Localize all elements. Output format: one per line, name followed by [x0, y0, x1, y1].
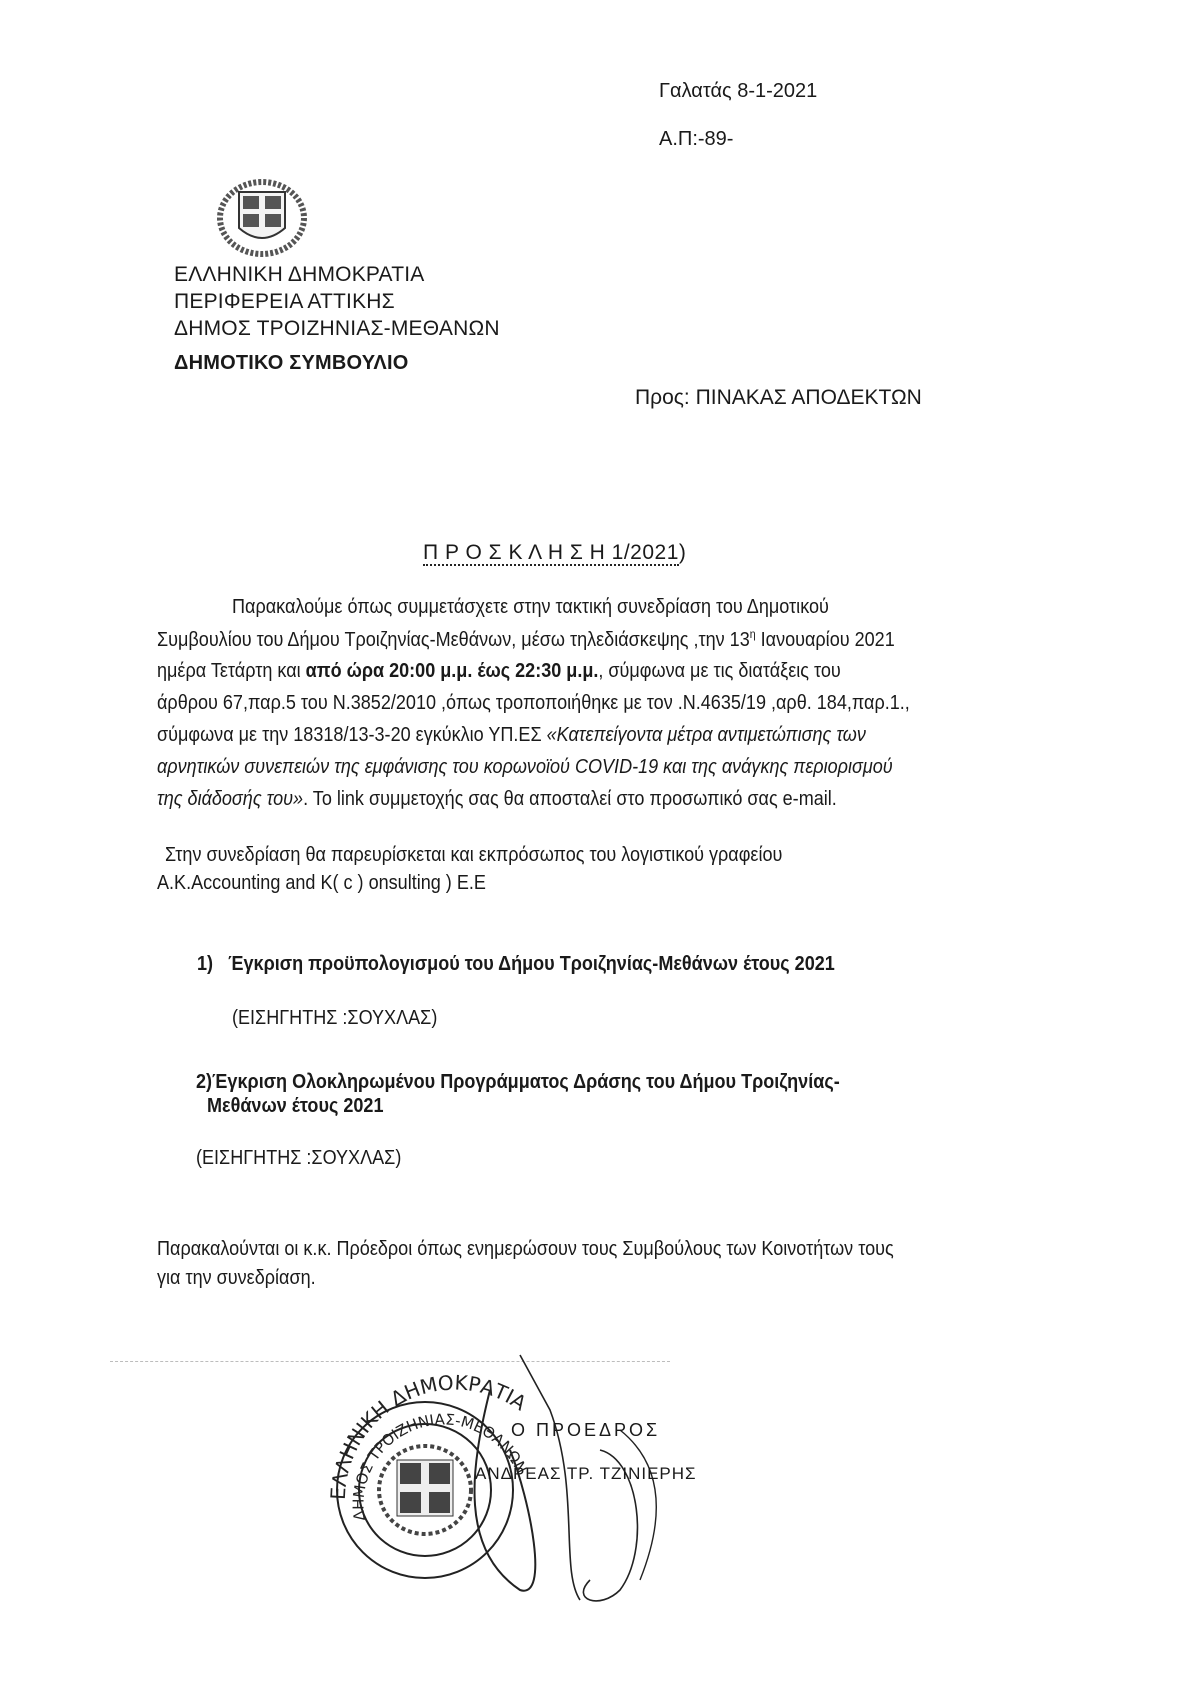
text-span: ημέρα Τετάρτη και [157, 659, 306, 682]
text-span: . Το link συμμετοχής σας θα αποσταλεί στ… [303, 787, 837, 810]
agenda-item-2-continued: Μεθάνων έτους 2021 [207, 1094, 383, 1118]
paragraph1-line: της διάδοσής του». Το link συμμετοχής σα… [157, 787, 837, 811]
signatory-name: ΑΝΔΡΕΑΣ ΤΡ. ΤΖΙΝΙΕΡΗΣ [475, 1464, 697, 1484]
paragraph1-line: Συμβουλίου του Δήμου Τροιζηνίας-Μεθάνων,… [157, 627, 895, 652]
agenda-text: Έγκριση Ολοκληρωμένου Προγράμματος Δράση… [212, 1070, 840, 1093]
document-title: Π Ρ Ο Σ Κ Λ Η Σ Η 1/2021) [423, 541, 686, 565]
agenda-item-1: 1) Έγκριση προϋπολογισμού του Δήμου Τροι… [197, 952, 835, 976]
issuer-council: ΔΗΜΟΤΙΚΟ ΣΥΜΒΟΥΛΙΟ [174, 352, 408, 375]
paragraph1-line: σύμφωνα με την 18318/13-3-20 εγκύκλιο ΥΠ… [157, 723, 866, 747]
place-date: Γαλατάς 8-1-2021 [659, 80, 817, 103]
text-span: Συμβουλίου του Δήμου Τροιζηνίας-Μεθάνων,… [157, 628, 750, 651]
paragraph1-line: αρνητικών συνεπειών της εμφάνισης του κο… [157, 755, 893, 779]
paragraph1-line: ημέρα Τετάρτη και από ώρα 20:00 μ.μ. έως… [157, 659, 841, 683]
protocol-number: Α.Π:-89- [659, 128, 733, 151]
issuer-country: ΕΛΛΗΝΙΚΗ ΔΗΜΟΚΡΑΤΙΑ [174, 263, 424, 287]
agenda-item-1-rapporteur: (ΕΙΣΗΓΗΤΗΣ :ΣΟΥΧΛΑΣ) [232, 1006, 437, 1030]
text-span: σύμφωνα με την 18318/13-3-20 εγκύκλιο ΥΠ… [157, 723, 547, 746]
meeting-time: από ώρα 20:00 μ.μ. έως 22:30 μ.μ. [306, 659, 599, 682]
greek-coat-of-arms-icon [215, 178, 310, 258]
paragraph3-line: για την συνεδρίαση. [157, 1266, 316, 1290]
text-span: Ιανουαρίου 2021 [756, 628, 895, 651]
agenda-number: 2) [196, 1070, 212, 1093]
agenda-item-2: 2)Έγκριση Ολοκληρωμένου Προγράμματος Δρά… [196, 1070, 840, 1094]
quote-text: της διάδοσής του» [157, 787, 303, 810]
agenda-number: 1) [197, 952, 213, 975]
agenda-item-2-rapporteur: (ΕΙΣΗΓΗΤΗΣ :ΣΟΥΧΛΑΣ) [196, 1146, 401, 1170]
agenda-text: Έγκριση προϋπολογισμού του Δήμου Τροιζην… [228, 952, 835, 975]
paragraph1-line: άρθρου 67,παρ.5 του Ν.3852/2010 ,όπως τρ… [157, 691, 910, 715]
issuer-municipality: ΔΗΜΟΣ ΤΡΟΙΖΗΝΙΑΣ-ΜΕΘΑΝΩΝ [174, 317, 500, 341]
paragraph2-line: Α.Κ.Accounting and K( c ) onsulting ) E.… [157, 871, 486, 895]
recipient: Προς: ΠΙΝΑΚΑΣ ΑΠΟΔΕΚΤΩΝ [635, 386, 922, 410]
quote-text: «Κατεπείγοντα μέτρα αντιμετώπισης των [547, 723, 866, 746]
paragraph1-line: Παρακαλούμε όπως συμμετάσχετε στην τακτι… [232, 595, 829, 619]
title-suffix: ) [679, 541, 687, 564]
paragraph3-line: Παρακαλούνται οι κ.κ. Πρόεδροι όπως ενημ… [157, 1237, 894, 1261]
signatory-role: Ο ΠΡΟΕΔΡΟΣ [511, 1420, 660, 1441]
text-span: , σύμφωνα με τις διατάξεις του [598, 659, 840, 682]
title-text: Π Ρ Ο Σ Κ Λ Η Σ Η 1/2021 [423, 541, 679, 566]
issuer-region: ΠΕΡΙΦΕΡΕΙΑ ΑΤΤΙΚΗΣ [174, 290, 395, 314]
paragraph2-line: Στην συνεδρίαση θα παρευρίσκεται και εκπ… [165, 843, 782, 867]
municipal-seal-icon: ΕΛΛΗΝΙΚΗ ΔΗΜΟΚΡΑΤΙΑ ΔΗΜΟΣ ΤΡΟΙΖΗΝΙΑΣ-ΜΕΘ… [320, 1350, 720, 1620]
